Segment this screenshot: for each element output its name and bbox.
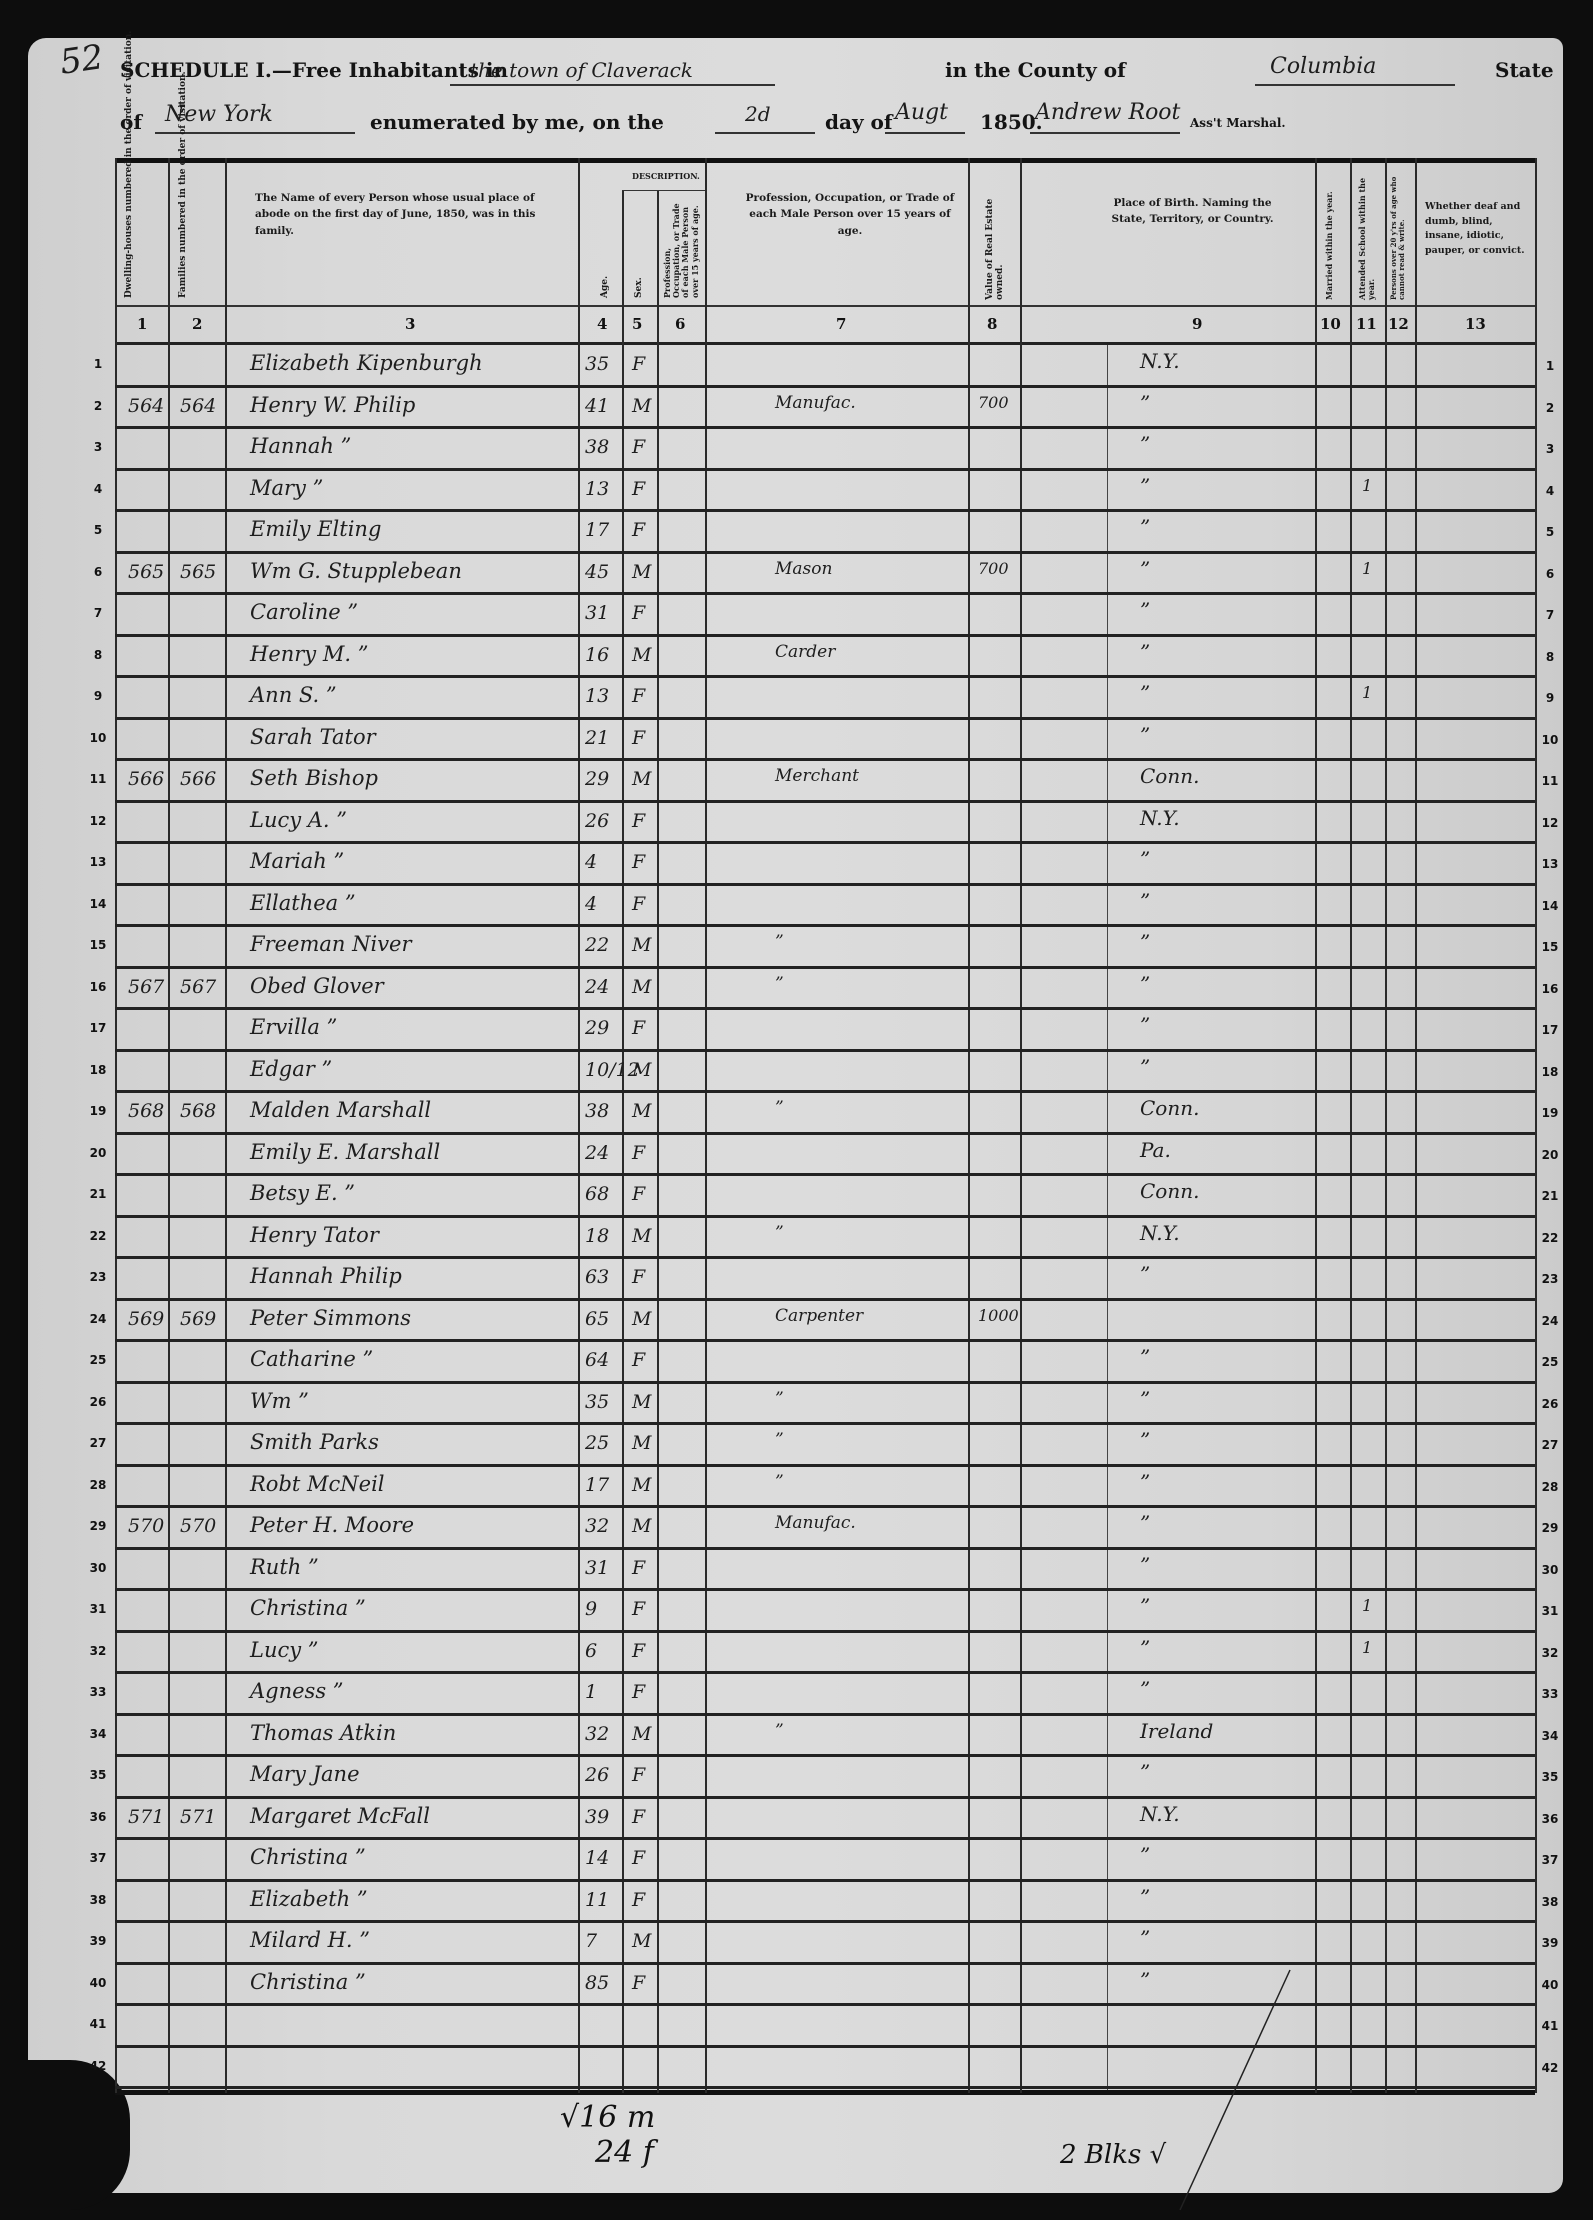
person-name: Freeman Niver <box>250 932 412 956</box>
age: 85 <box>585 1972 609 1994</box>
person-name: Emily Elting <box>250 517 381 541</box>
colnum-1: 1 <box>137 315 147 333</box>
row-number-left: 8 <box>88 648 108 662</box>
row-divider <box>115 883 1535 886</box>
age: 17 <box>585 1474 609 1496</box>
person-name: Peter Simmons <box>250 1306 411 1330</box>
age: 26 <box>585 810 609 832</box>
birthplace: ” <box>1140 557 1150 581</box>
row-number-left: 29 <box>88 1519 108 1533</box>
sex: F <box>632 602 645 624</box>
row-number-left: 7 <box>88 606 108 620</box>
row-number-right: 9 <box>1540 691 1560 705</box>
row-number-right: 15 <box>1540 940 1560 954</box>
attended-school: 1 <box>1362 1638 1372 1657</box>
enumerated-label: enumerated by me, on the <box>370 110 664 134</box>
age: 39 <box>585 1806 609 1828</box>
row-number-left: 9 <box>88 689 108 703</box>
col-edge <box>115 158 117 2093</box>
col2-header: Families numbered in the order of visita… <box>178 163 188 298</box>
age: 32 <box>585 1723 609 1745</box>
month-value: Augt <box>895 100 948 125</box>
attended-school: 1 <box>1362 1596 1372 1615</box>
row-number-left: 20 <box>88 1146 108 1160</box>
sex: F <box>632 1183 645 1205</box>
dwelling-number: 567 <box>128 976 164 998</box>
sex: F <box>632 1266 645 1288</box>
colnum-divider <box>115 342 1535 345</box>
row-number-left: 27 <box>88 1436 108 1450</box>
row-number-right: 5 <box>1540 525 1560 539</box>
colnum-2: 2 <box>192 315 202 333</box>
sex: M <box>632 644 651 666</box>
sex: M <box>632 1515 651 1537</box>
occupation: ” <box>775 1098 784 1118</box>
dwelling-number: 566 <box>128 768 164 790</box>
person-name: Peter H. Moore <box>250 1513 414 1537</box>
person-name: Betsy E. ” <box>250 1181 355 1205</box>
dwelling-number: 569 <box>128 1308 164 1330</box>
colnum-11: 11 <box>1356 315 1377 333</box>
row-divider <box>115 1381 1535 1384</box>
row-divider <box>115 758 1535 761</box>
row-divider <box>115 1796 1535 1799</box>
occupation: ” <box>775 1389 784 1409</box>
col-edge <box>622 190 624 2093</box>
row-divider <box>115 1215 1535 1218</box>
sex: F <box>632 519 645 541</box>
females-tally: 24 f <box>595 2135 654 2170</box>
row-number-left: 40 <box>88 1976 108 1990</box>
dwelling-number: 564 <box>128 395 164 417</box>
age: 4 <box>585 893 597 915</box>
occupation: ” <box>775 974 784 994</box>
row-divider <box>115 509 1535 512</box>
occupation: ” <box>775 1721 784 1741</box>
row-divider <box>115 551 1535 554</box>
row-number-right: 25 <box>1540 1355 1560 1369</box>
age: 35 <box>585 353 609 375</box>
birthplace: ” <box>1140 889 1150 913</box>
birthplace: N.Y. <box>1140 349 1180 373</box>
person-name: Henry W. Philip <box>250 393 415 417</box>
age: 38 <box>585 1100 609 1122</box>
row-number-left: 34 <box>88 1727 108 1741</box>
age: 38 <box>585 436 609 458</box>
row-divider <box>115 1630 1535 1633</box>
row-divider <box>115 1298 1535 1301</box>
row-number-left: 26 <box>88 1395 108 1409</box>
person-name: Mary ” <box>250 476 323 500</box>
person-name: Margaret McFall <box>250 1804 430 1828</box>
row-number-right: 33 <box>1540 1687 1560 1701</box>
family-number: 565 <box>180 561 216 583</box>
age: 13 <box>585 685 609 707</box>
sex: M <box>632 561 651 583</box>
colnum-6: 6 <box>675 315 685 333</box>
sex: M <box>632 1308 651 1330</box>
col7-header: Profession, Occupation, or Trade of each… <box>745 190 955 239</box>
birthplace: ” <box>1140 640 1150 664</box>
row-number-right: 14 <box>1540 899 1560 913</box>
colnum-5: 5 <box>632 315 642 333</box>
col1-header: Dwelling-houses numbered in the order of… <box>124 163 134 298</box>
row-number-right: 32 <box>1540 1646 1560 1660</box>
row-number-left: 16 <box>88 980 108 994</box>
row-divider <box>115 1920 1535 1923</box>
occupation: Manufac. <box>775 393 856 413</box>
row-number-left: 37 <box>88 1851 108 1865</box>
row-number-right: 29 <box>1540 1521 1560 1535</box>
row-divider <box>115 675 1535 678</box>
row-number-left: 33 <box>88 1685 108 1699</box>
sex: F <box>632 1972 645 1994</box>
birthplace: ” <box>1140 1511 1150 1535</box>
row-number-left: 11 <box>88 772 108 786</box>
age: 32 <box>585 1515 609 1537</box>
row-number-left: 41 <box>88 2017 108 2031</box>
row-number-left: 5 <box>88 523 108 537</box>
colnum-7: 7 <box>836 315 846 333</box>
sex: M <box>632 1474 651 1496</box>
family-number: 567 <box>180 976 216 998</box>
person-name: Christina ” <box>250 1596 366 1620</box>
description-subdivider <box>622 190 705 191</box>
birthplace: ” <box>1140 1553 1150 1577</box>
sex: F <box>632 685 645 707</box>
county-value: Columbia <box>1270 54 1376 79</box>
sex: F <box>632 893 645 915</box>
col-edge <box>1315 158 1317 2093</box>
col-edge <box>1415 158 1417 2093</box>
age: 29 <box>585 768 609 790</box>
person-name: Emily E. Marshall <box>250 1140 440 1164</box>
person-name: Ruth ” <box>250 1555 319 1579</box>
colnum-9: 9 <box>1192 315 1202 333</box>
colnum-10: 10 <box>1320 315 1341 333</box>
row-divider <box>115 1256 1535 1259</box>
row-divider <box>115 1173 1535 1176</box>
county-field: Columbia <box>1255 60 1455 86</box>
birthplace: Conn. <box>1140 1096 1199 1120</box>
birthplace-guide-line <box>1107 345 1108 2090</box>
scan-shadow <box>0 2060 130 2210</box>
row-number-left: 39 <box>88 1934 108 1948</box>
row-number-right: 3 <box>1540 442 1560 456</box>
birthplace: ” <box>1140 1387 1150 1411</box>
dwelling-number: 568 <box>128 1100 164 1122</box>
birthplace: ” <box>1140 1760 1150 1784</box>
state-label: State <box>1495 58 1554 82</box>
row-divider <box>115 1837 1535 1840</box>
age: 41 <box>585 395 609 417</box>
person-name: Hannah Philip <box>250 1264 402 1288</box>
col6-header: Profession, Occupation, or Trade of each… <box>663 198 700 298</box>
sex: F <box>632 810 645 832</box>
birthplace: ” <box>1140 1926 1150 1950</box>
birthplace: ” <box>1140 1345 1150 1369</box>
row-number-right: 27 <box>1540 1438 1560 1452</box>
sex: F <box>632 851 645 873</box>
row-divider <box>115 1879 1535 1882</box>
row-divider <box>115 634 1535 637</box>
person-name: Christina ” <box>250 1970 366 1994</box>
males-tally: √16 m <box>560 2100 655 2135</box>
birthplace: ” <box>1140 1262 1150 1286</box>
col9-header: Place of Birth. Naming the State, Territ… <box>1105 195 1280 228</box>
col8-header: Value of Real Estate owned. <box>985 180 1006 300</box>
row-number-left: 23 <box>88 1270 108 1284</box>
row-divider <box>115 1049 1535 1052</box>
row-number-left: 42 <box>88 2059 108 2073</box>
occupation: Carpenter <box>775 1306 863 1326</box>
row-divider <box>115 800 1535 803</box>
sex: M <box>632 934 651 956</box>
age: 35 <box>585 1391 609 1413</box>
row-number-right: 4 <box>1540 484 1560 498</box>
sex: M <box>632 1059 651 1081</box>
age: 6 <box>585 1640 597 1662</box>
corner-mark: 52 <box>57 37 105 83</box>
row-number-left: 14 <box>88 897 108 911</box>
sex: F <box>632 353 645 375</box>
age: 18 <box>585 1225 609 1247</box>
sex: F <box>632 1557 645 1579</box>
sex: M <box>632 1723 651 1745</box>
person-name: Robt McNeil <box>250 1472 385 1496</box>
person-name: Henry Tator <box>250 1223 379 1247</box>
row-divider <box>115 1090 1535 1093</box>
row-number-right: 20 <box>1540 1148 1560 1162</box>
row-divider <box>115 1505 1535 1508</box>
birthplace: N.Y. <box>1140 1221 1180 1245</box>
age: 64 <box>585 1349 609 1371</box>
row-number-left: 21 <box>88 1187 108 1201</box>
description-header: DESCRIPTION. <box>632 170 700 182</box>
day-value: 2d <box>745 102 771 126</box>
person-name: Smith Parks <box>250 1430 379 1454</box>
row-number-right: 36 <box>1540 1812 1560 1826</box>
birthplace: ” <box>1140 681 1150 705</box>
row-number-right: 38 <box>1540 1895 1560 1909</box>
age: 31 <box>585 602 609 624</box>
age: 65 <box>585 1308 609 1330</box>
dwelling-number: 565 <box>128 561 164 583</box>
colnum-13: 13 <box>1465 315 1486 333</box>
person-name: Elizabeth ” <box>250 1887 368 1911</box>
row-number-left: 38 <box>88 1893 108 1907</box>
person-name: Seth Bishop <box>250 766 378 790</box>
row-number-right: 34 <box>1540 1729 1560 1743</box>
col12-header: Persons over 20 y'rs of age who cannot r… <box>1390 170 1406 300</box>
real-estate-value: 1000 <box>978 1306 1019 1325</box>
person-name: Caroline ” <box>250 600 358 624</box>
attended-school: 1 <box>1362 683 1372 702</box>
occupation: ” <box>775 932 784 952</box>
age: 24 <box>585 976 609 998</box>
row-number-left: 18 <box>88 1063 108 1077</box>
sex: M <box>632 1100 651 1122</box>
row-number-left: 4 <box>88 482 108 496</box>
family-number: 568 <box>180 1100 216 1122</box>
person-name: Elizabeth Kipenburgh <box>250 351 483 375</box>
row-divider <box>115 426 1535 429</box>
col-edge <box>657 190 659 2093</box>
attended-school: 1 <box>1362 559 1372 578</box>
col-edge <box>1020 158 1022 2093</box>
age: 21 <box>585 727 609 749</box>
birthplace: ” <box>1140 1843 1150 1867</box>
row-number-left: 17 <box>88 1021 108 1035</box>
row-divider <box>115 592 1535 595</box>
row-number-right: 16 <box>1540 982 1560 996</box>
col3-header: The Name of every Person whose usual pla… <box>255 190 555 239</box>
person-name: Ellathea ” <box>250 891 356 915</box>
sex: M <box>632 395 651 417</box>
age: 63 <box>585 1266 609 1288</box>
col-edge <box>1350 158 1352 2093</box>
person-name: Christina ” <box>250 1845 366 1869</box>
family-number: 571 <box>180 1806 216 1828</box>
marshal-value: Andrew Root <box>1035 100 1180 125</box>
row-number-left: 35 <box>88 1768 108 1782</box>
real-estate-value: 700 <box>978 393 1009 412</box>
sex: M <box>632 1432 651 1454</box>
row-number-left: 6 <box>88 565 108 579</box>
day-field: 2d <box>715 106 815 134</box>
row-number-left: 22 <box>88 1229 108 1243</box>
row-number-right: 24 <box>1540 1314 1560 1328</box>
person-name: Mary Jane <box>250 1762 360 1786</box>
person-name: Mariah ” <box>250 849 344 873</box>
real-estate-value: 700 <box>978 559 1009 578</box>
person-name: Obed Glover <box>250 974 384 998</box>
row-number-left: 24 <box>88 1312 108 1326</box>
marshal-title: Ass't Marshal. <box>1190 116 1286 130</box>
row-divider <box>115 966 1535 969</box>
family-number: 570 <box>180 1515 216 1537</box>
col10-header: Married within the year. <box>1325 170 1334 300</box>
sex: F <box>632 1847 645 1869</box>
row-number-right: 8 <box>1540 650 1560 664</box>
row-number-left: 25 <box>88 1353 108 1367</box>
row-number-right: 35 <box>1540 1770 1560 1784</box>
col11-header: Attended School within the year. <box>1358 170 1376 300</box>
sex: M <box>632 1225 651 1247</box>
col-edge <box>225 158 227 2093</box>
birthplace: ” <box>1140 723 1150 747</box>
age: 4 <box>585 851 597 873</box>
age: 68 <box>585 1183 609 1205</box>
row-divider <box>115 924 1535 927</box>
row-divider <box>115 1547 1535 1550</box>
sex: F <box>632 1349 645 1371</box>
day-of-label: day of <box>825 110 892 134</box>
age: 14 <box>585 1847 609 1869</box>
table-top-border <box>115 158 1535 163</box>
row-number-right: 1 <box>1540 359 1560 373</box>
birthplace: ” <box>1140 1677 1150 1701</box>
occupation: ” <box>775 1472 784 1492</box>
check-stroke-icon <box>1140 1960 1340 2220</box>
row-number-left: 28 <box>88 1478 108 1492</box>
row-number-right: 10 <box>1540 733 1560 747</box>
row-divider <box>115 1132 1535 1135</box>
row-number-left: 12 <box>88 814 108 828</box>
sex: F <box>632 1598 645 1620</box>
sex: M <box>632 768 651 790</box>
col-edge <box>1535 158 1537 2093</box>
row-divider <box>115 1588 1535 1591</box>
col-edge <box>168 158 170 2093</box>
person-name: Wm G. Stupplebean <box>250 559 462 583</box>
row-divider <box>115 1464 1535 1467</box>
row-number-left: 3 <box>88 440 108 454</box>
row-number-right: 21 <box>1540 1189 1560 1203</box>
row-number-right: 40 <box>1540 1978 1560 1992</box>
birthplace: Pa. <box>1140 1138 1171 1162</box>
colnum-8: 8 <box>987 315 997 333</box>
person-name: Hannah ” <box>250 434 351 458</box>
person-name: Henry M. ” <box>250 642 368 666</box>
row-number-right: 42 <box>1540 2061 1560 2075</box>
row-divider <box>115 1713 1535 1716</box>
age: 16 <box>585 644 609 666</box>
birthplace: ” <box>1140 515 1150 539</box>
colnum-12: 12 <box>1388 315 1409 333</box>
sex: F <box>632 727 645 749</box>
birthplace: ” <box>1140 847 1150 871</box>
age: 31 <box>585 1557 609 1579</box>
row-number-right: 6 <box>1540 567 1560 581</box>
person-name: Ervilla ” <box>250 1015 337 1039</box>
person-name: Lucy A. ” <box>250 808 347 832</box>
age: 7 <box>585 1930 597 1952</box>
col-edge <box>968 158 970 2093</box>
sex: M <box>632 976 651 998</box>
sex: F <box>632 478 645 500</box>
birthplace: Ireland <box>1140 1719 1213 1743</box>
col13-header: Whether deaf and dumb, blind, insane, id… <box>1425 200 1530 259</box>
row-number-left: 30 <box>88 1561 108 1575</box>
row-number-right: 31 <box>1540 1604 1560 1618</box>
birthplace: ” <box>1140 391 1150 415</box>
row-number-left: 36 <box>88 1810 108 1824</box>
row-number-right: 18 <box>1540 1065 1560 1079</box>
row-number-right: 13 <box>1540 857 1560 871</box>
occupation: Carder <box>775 642 835 662</box>
birthplace: Conn. <box>1140 764 1199 788</box>
row-divider <box>115 385 1535 388</box>
sex: F <box>632 1681 645 1703</box>
col-edge <box>578 158 580 2093</box>
month-field: Augt <box>885 106 965 134</box>
person-name: Lucy ” <box>250 1638 319 1662</box>
occupation: Mason <box>775 559 832 579</box>
birthplace: ” <box>1140 432 1150 456</box>
birthplace: ” <box>1140 1594 1150 1618</box>
birthplace: ” <box>1140 474 1150 498</box>
age: 29 <box>585 1017 609 1039</box>
birthplace: N.Y. <box>1140 806 1180 830</box>
row-divider <box>115 1754 1535 1757</box>
sex: F <box>632 1017 645 1039</box>
row-divider <box>115 1422 1535 1425</box>
age: 24 <box>585 1142 609 1164</box>
row-number-right: 7 <box>1540 608 1560 622</box>
age: 26 <box>585 1764 609 1786</box>
row-number-right: 39 <box>1540 1936 1560 1950</box>
